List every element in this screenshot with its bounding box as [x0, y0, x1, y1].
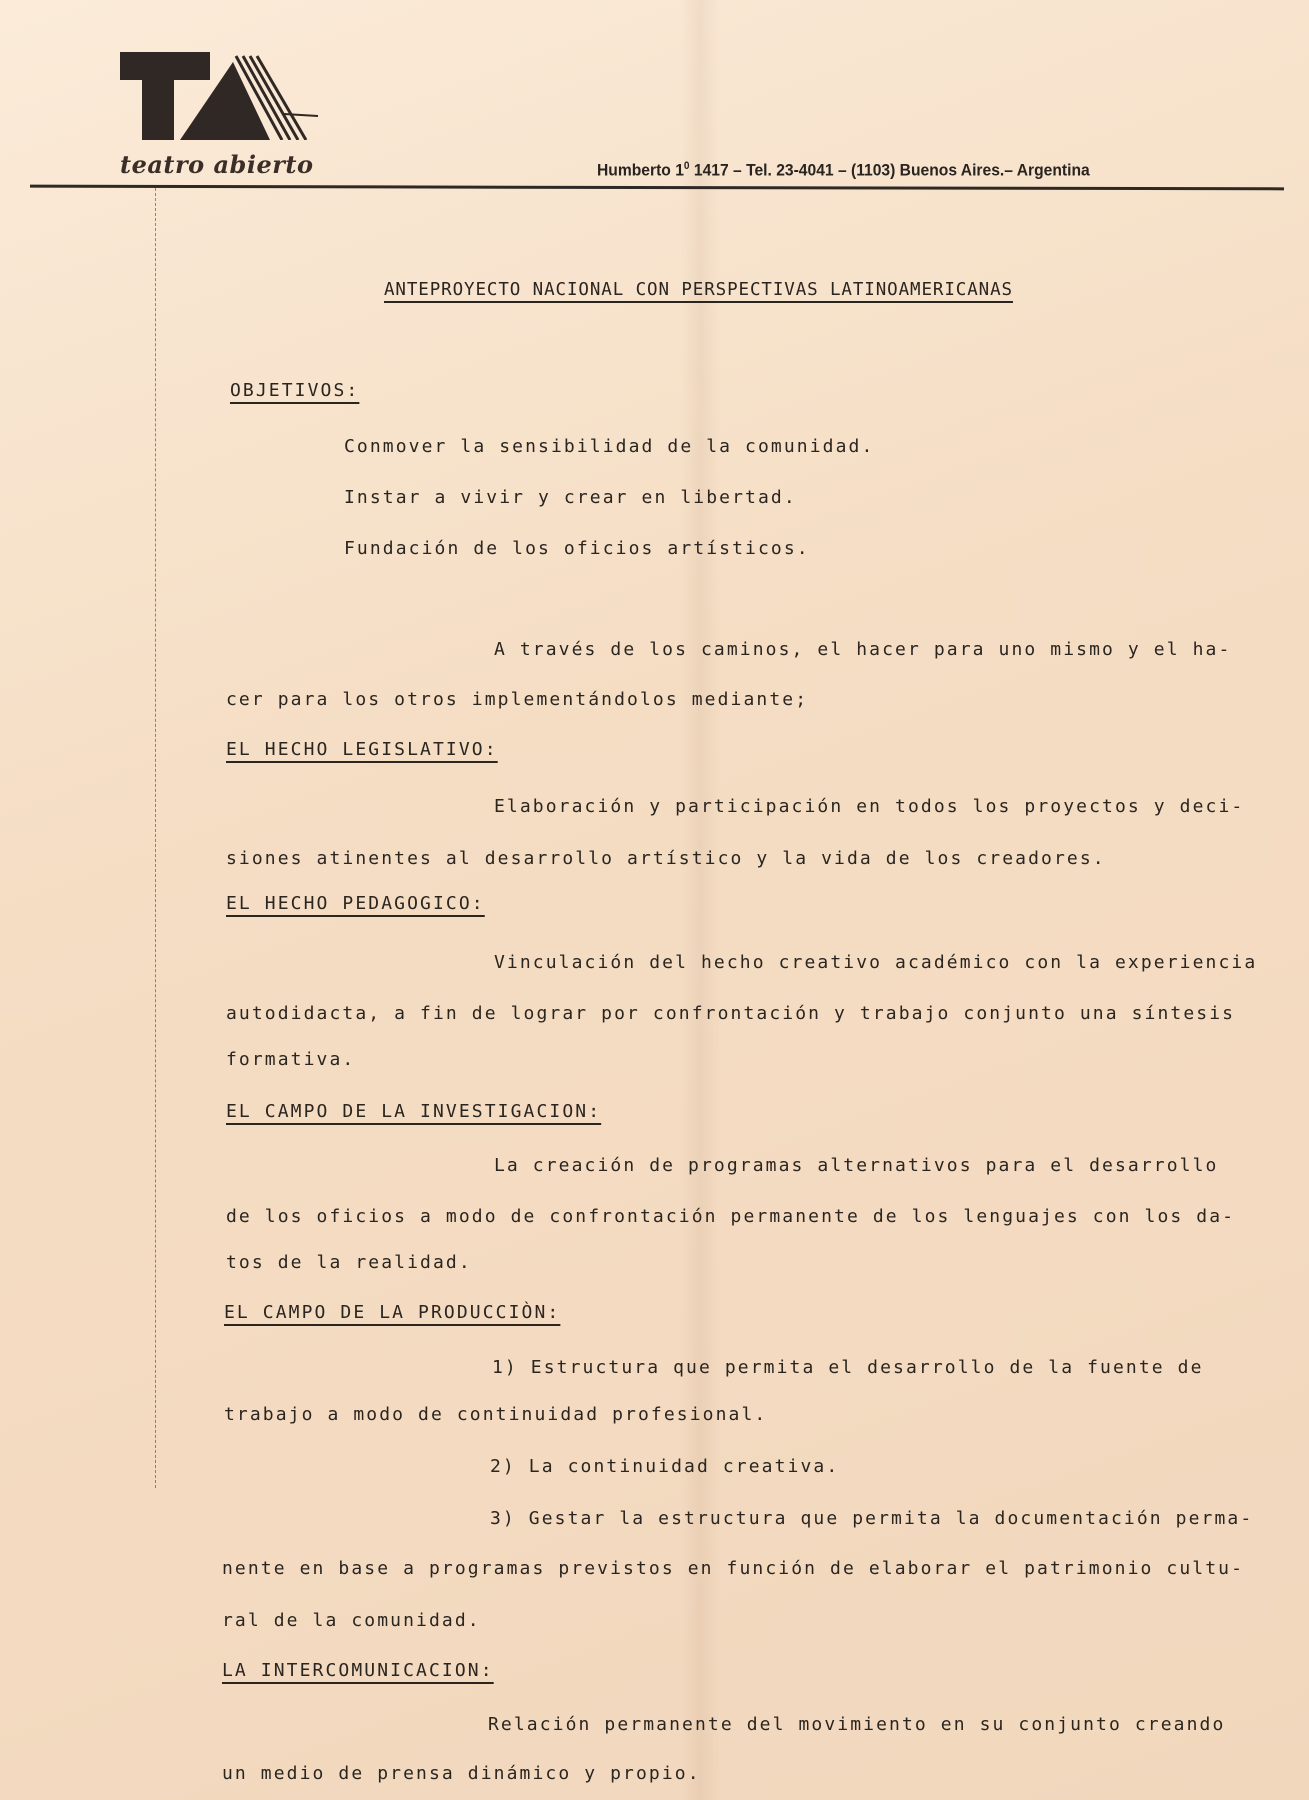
section-heading-pedagogico: EL HECHO PEDAGOGICO: — [226, 893, 485, 914]
objectives-heading: OBJETIVOS: — [230, 380, 359, 401]
objective-item: Fundación de los oficios artísticos. — [344, 538, 810, 559]
section-line: Relación permanente del movimiento en su… — [488, 1714, 1225, 1735]
section-line: ral de la comunidad. — [222, 1610, 481, 1631]
section-line: tos de la realidad. — [226, 1252, 472, 1273]
section-line: formativa. — [226, 1049, 355, 1070]
section-line: autodidacta, a fin de lograr por confron… — [226, 1003, 1235, 1024]
organization-name: teatro abierto — [120, 150, 313, 179]
teatro-abierto-logo: teatro abierto — [120, 52, 320, 152]
intro-line: cer para los otros implementándolos medi… — [226, 689, 808, 710]
margin-line — [155, 188, 156, 1488]
section-line: 3) Gestar la estructura que permita la d… — [490, 1508, 1253, 1529]
section-heading-produccion: EL CAMPO DE LA PRODUCCIÒN: — [224, 1302, 560, 1323]
letterhead-address: Humberto 10 1417 – Tel. 23-4041 – (1103)… — [597, 160, 1090, 181]
section-line: un medio de prensa dinámico y propio. — [222, 1763, 701, 1784]
section-line: nente en base a programas previstos en f… — [222, 1558, 1244, 1579]
ta-logo-icon — [120, 52, 320, 140]
section-line: siones atinentes al desarrollo artístico… — [226, 848, 1106, 869]
section-line: 1) Estructura que permita el desarrollo … — [492, 1357, 1204, 1378]
section-heading-investigacion: EL CAMPO DE LA INVESTIGACION: — [226, 1101, 601, 1122]
letterhead-rule — [30, 185, 1284, 191]
section-line: de los oficios a modo de confrontación p… — [226, 1206, 1235, 1227]
section-line: Vinculación del hecho creativo académico… — [494, 952, 1257, 973]
section-line: Elaboración y participación en todos los… — [494, 796, 1244, 817]
document-page: teatro abierto Humberto 10 1417 – Tel. 2… — [0, 0, 1309, 1800]
document-title: ANTEPROYECTO NACIONAL CON PERSPECTIVAS L… — [384, 280, 1013, 300]
section-heading-intercomunicacion: LA INTERCOMUNICACION: — [222, 1660, 494, 1681]
section-heading-legislativo: EL HECHO LEGISLATIVO: — [226, 739, 498, 760]
objective-item: Conmover la sensibilidad de la comunidad… — [344, 436, 874, 457]
intro-line: A través de los caminos, el hacer para u… — [494, 639, 1231, 660]
section-line: La creación de programas alternativos pa… — [494, 1155, 1218, 1176]
section-line: 2) La continuidad creativa. — [490, 1456, 839, 1477]
objective-item: Instar a vivir y crear en libertad. — [344, 487, 797, 508]
section-line: trabajo a modo de continuidad profesiona… — [224, 1404, 767, 1425]
